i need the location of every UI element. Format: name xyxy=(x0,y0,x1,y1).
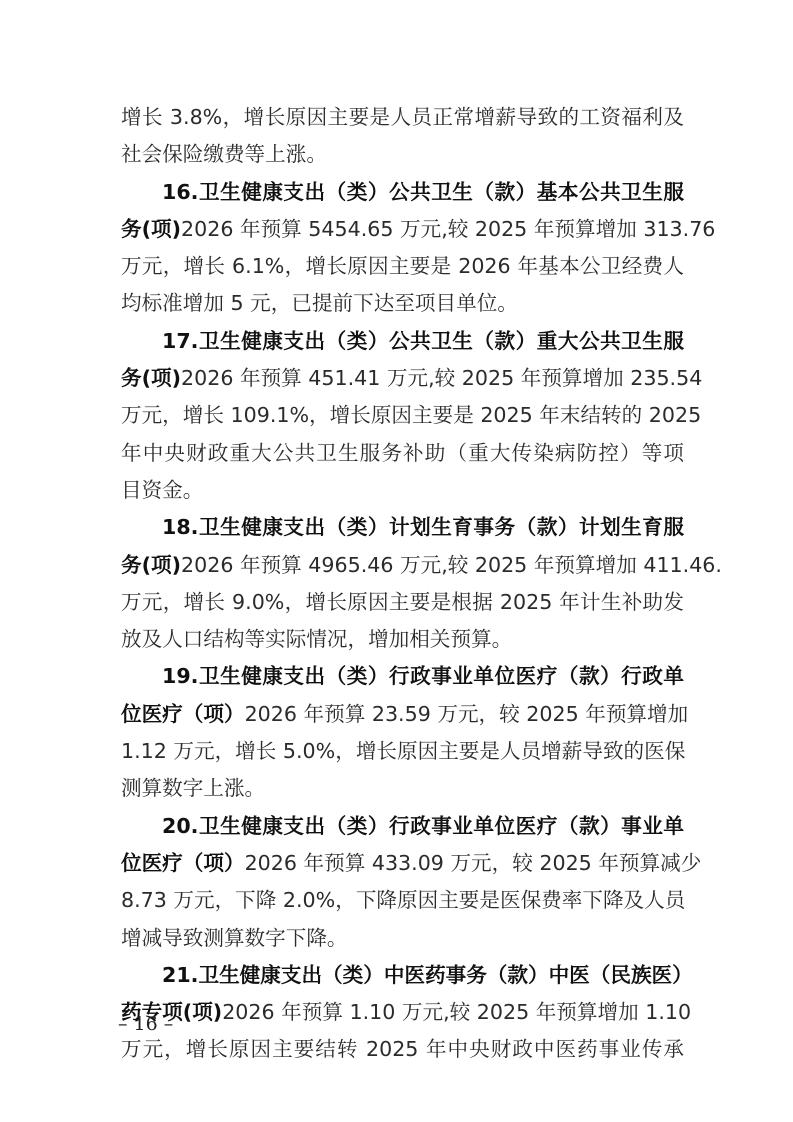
bold-text: 位医疗（项） xyxy=(121,702,245,726)
text-line: 8.73 万元，下降 2.0%，下降原因主要是医保费率下降及人员 xyxy=(121,882,684,919)
body-text-span: 测算数字上涨。 xyxy=(121,776,265,800)
body-text-span: 2026 年预算 5454.65 万元,较 2025 年预算增加 313.76 xyxy=(181,217,715,241)
body-text-span: 万元，增长 6.1%，增长原因主要是 2026 年基本公卫经费人 xyxy=(121,254,684,278)
bold-text: 位医疗（项） xyxy=(121,851,245,875)
body-text-span: 万元，增长 9.0%，增长原因主要是根据 2025 年计生补助发 xyxy=(121,590,684,614)
body-text-span: 万元，增长原因主要结转 2025 年中央财政中医药事业传承 xyxy=(121,1037,684,1061)
body-text-span: 社会保险缴费等上涨。 xyxy=(121,142,327,166)
section-heading-line: 21.卫生健康支出（类）中医药事务（款）中医（民族医） xyxy=(121,957,684,994)
body-text: 增长 3.8%，增长原因主要是人员正常增薪导致的工资福利及社会保险缴费等上涨。1… xyxy=(121,99,684,1069)
section-heading-line: 16.卫生健康支出（类）公共卫生（款）基本公共卫生服 xyxy=(121,174,684,211)
bold-text: 务(项) xyxy=(121,217,181,241)
text-line: 目资金。 xyxy=(121,472,684,509)
bold-text: 务(项) xyxy=(121,553,181,577)
text-line: 务(项)2026 年预算 5454.65 万元,较 2025 年预算增加 313… xyxy=(121,211,684,248)
page-number: – 16 – xyxy=(118,1013,173,1035)
bold-text: 17.卫生健康支出（类）公共卫生（款）重大公共卫生服 xyxy=(162,329,684,353)
body-text-span: 放及人口结构等实际情况，增加相关预算。 xyxy=(121,627,512,651)
body-text-span: 2026 年预算 4965.46 万元,较 2025 年预算增加 411.46. xyxy=(181,553,722,577)
text-line: 药专项(项)2026 年预算 1.10 万元,较 2025 年预算增加 1.10 xyxy=(121,994,684,1031)
body-text-span: 2026 年预算 433.09 万元，较 2025 年预算减少 xyxy=(245,851,702,875)
body-text-span: 8.73 万元，下降 2.0%，下降原因主要是医保费率下降及人员 xyxy=(121,888,685,912)
bold-text: 19.卫生健康支出（类）行政事业单位医疗（款）行政单 xyxy=(162,664,684,688)
body-text-span: 均标准增加 5 元，已提前下达至项目单位。 xyxy=(121,291,518,315)
text-line: 社会保险缴费等上涨。 xyxy=(121,136,684,173)
body-text-span: 1.12 万元，增长 5.0%，增长原因主要是人员增薪导致的医保 xyxy=(121,739,685,763)
text-line: 位医疗（项）2026 年预算 433.09 万元，较 2025 年预算减少 xyxy=(121,845,684,882)
body-text-span: 增长 3.8%，增长原因主要是人员正常增薪导致的工资福利及 xyxy=(121,105,684,129)
text-line: 万元，增长 109.1%，增长原因主要是 2025 年末结转的 2025 xyxy=(121,397,684,434)
text-line: 务(项)2026 年预算 4965.46 万元,较 2025 年预算增加 411… xyxy=(121,547,684,584)
text-line: 万元，增长原因主要结转 2025 年中央财政中医药事业传承 xyxy=(121,1031,684,1068)
section-heading-line: 18.卫生健康支出（类）计划生育事务（款）计划生育服 xyxy=(121,509,684,546)
text-line: 万元，增长 6.1%，增长原因主要是 2026 年基本公卫经费人 xyxy=(121,248,684,285)
body-text-span: 2026 年预算 451.41 万元,较 2025 年预算增加 235.54 xyxy=(181,366,702,390)
body-text-span: 万元，增长 109.1%，增长原因主要是 2025 年末结转的 2025 xyxy=(121,403,701,427)
text-line: 增减导致测算数字下降。 xyxy=(121,920,684,957)
bold-text: 16.卫生健康支出（类）公共卫生（款）基本公共卫生服 xyxy=(162,180,684,204)
text-line: 增长 3.8%，增长原因主要是人员正常增薪导致的工资福利及 xyxy=(121,99,684,136)
section-heading-line: 20.卫生健康支出（类）行政事业单位医疗（款）事业单 xyxy=(121,808,684,845)
text-line: 均标准增加 5 元，已提前下达至项目单位。 xyxy=(121,285,684,322)
document-page: 增长 3.8%，增长原因主要是人员正常增薪导致的工资福利及社会保险缴费等上涨。1… xyxy=(0,0,793,1122)
body-text-span: 2026 年预算 23.59 万元，较 2025 年预算增加 xyxy=(245,702,689,726)
text-line: 万元，增长 9.0%，增长原因主要是根据 2025 年计生补助发 xyxy=(121,584,684,621)
section-heading-line: 19.卫生健康支出（类）行政事业单位医疗（款）行政单 xyxy=(121,658,684,695)
bold-text: 18.卫生健康支出（类）计划生育事务（款）计划生育服 xyxy=(162,515,684,539)
bold-text: 20.卫生健康支出（类）行政事业单位医疗（款）事业单 xyxy=(162,814,684,838)
bold-text: 务(项) xyxy=(121,366,181,390)
text-line: 年中央财政重大公共卫生服务补助（重大传染病防控）等项 xyxy=(121,435,684,472)
text-line: 位医疗（项）2026 年预算 23.59 万元，较 2025 年预算增加 xyxy=(121,696,684,733)
body-text-span: 目资金。 xyxy=(121,478,203,502)
text-line: 务(项)2026 年预算 451.41 万元,较 2025 年预算增加 235.… xyxy=(121,360,684,397)
text-line: 放及人口结构等实际情况，增加相关预算。 xyxy=(121,621,684,658)
body-text-span: 增减导致测算数字下降。 xyxy=(121,926,348,950)
text-line: 测算数字上涨。 xyxy=(121,770,684,807)
body-text-span: 年中央财政重大公共卫生服务补助（重大传染病防控）等项 xyxy=(121,441,684,465)
section-heading-line: 17.卫生健康支出（类）公共卫生（款）重大公共卫生服 xyxy=(121,323,684,360)
body-text-span: 2026 年预算 1.10 万元,较 2025 年预算增加 1.10 xyxy=(222,1000,691,1024)
text-line: 1.12 万元，增长 5.0%，增长原因主要是人员增薪导致的医保 xyxy=(121,733,684,770)
bold-text: 21.卫生健康支出（类）中医药事务（款）中医（民族医） xyxy=(162,963,693,987)
